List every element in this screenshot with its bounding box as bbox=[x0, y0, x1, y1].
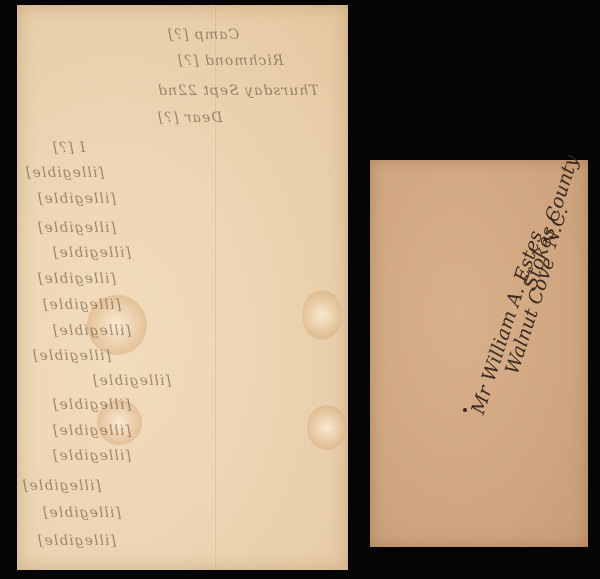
letter-line: Richmond [?] bbox=[177, 53, 283, 69]
letter-line: [illegible] bbox=[25, 165, 104, 181]
paper-stain bbox=[307, 405, 347, 450]
letter-line: [illegible] bbox=[32, 348, 111, 364]
letter-line: [illegible] bbox=[37, 220, 116, 236]
letter-line: [illegible] bbox=[52, 423, 131, 439]
paper-stain bbox=[302, 290, 342, 340]
letter-line: [illegible] bbox=[42, 505, 121, 521]
letter-line: Thursday Sept 22nd bbox=[157, 83, 319, 99]
handwritten-letter: Camp [?] Richmond [?] Thursday Sept 22nd… bbox=[17, 5, 348, 570]
letter-line: [illegible] bbox=[42, 297, 121, 313]
letter-line: [illegible] bbox=[52, 245, 131, 261]
letter-line: I [?] bbox=[52, 140, 85, 156]
letter-line: [illegible] bbox=[37, 271, 116, 287]
letter-line: [illegible] bbox=[22, 478, 101, 494]
letter-line: [illegible] bbox=[52, 323, 131, 339]
letter-line: [illegible] bbox=[37, 533, 116, 549]
letter-line: [illegible] bbox=[37, 191, 116, 207]
letter-line: Dear [?] bbox=[157, 110, 222, 126]
letter-line: [illegible] bbox=[92, 373, 171, 389]
letter-line: [illegible] bbox=[52, 448, 131, 464]
ink-spot bbox=[463, 408, 467, 412]
letter-line: [illegible] bbox=[52, 397, 131, 413]
letter-line: Camp [?] bbox=[167, 27, 239, 43]
envelope: Mr William A. Estes Walnut Cove Stokes C… bbox=[370, 160, 588, 547]
